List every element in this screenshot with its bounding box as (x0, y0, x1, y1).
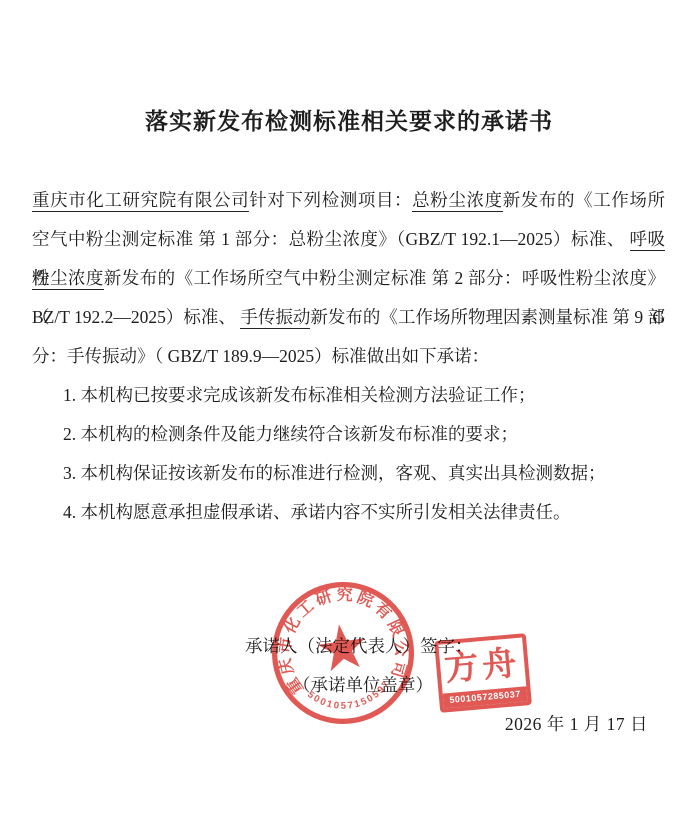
underlined-item-respirable-cont: 粉尘浓度 (32, 268, 104, 290)
underlined-company-name: 重庆市化工研究院有限公司 (32, 190, 249, 212)
paragraph-text: 空气中粉尘测定标准 第 1 部分：总粉尘浓度》（GBZ/T 192.1—2025… (32, 229, 630, 249)
paragraph-line-2: 空气中粉尘测定标准 第 1 部分：总粉尘浓度》（GBZ/T 192.1—2025… (32, 220, 665, 259)
underlined-item-hand-vibration: 手传振动 (240, 307, 310, 329)
star-icon (315, 621, 368, 672)
paragraph-text: 新发布的《工作场所物理因素测量标准 第 9 部 (310, 307, 665, 327)
paragraph-line-1: 重庆市化工研究院有限公司针对下列检测项目：总粉尘浓度新发布的《工作场所 (32, 181, 665, 220)
paragraph-text: 针对下列检测项目： (249, 190, 412, 210)
date-text: 2026 年 1 月 17 日 (505, 711, 648, 736)
name-seal-text: 方舟 (438, 637, 526, 693)
paragraph-line-4: BZ/T 192.2—2025）标准、 手传振动新发布的《工作场所物理因素测量标… (32, 298, 665, 337)
document-body: 重庆市化工研究院有限公司针对下列检测项目：总粉尘浓度新发布的《工作场所 空气中粉… (32, 181, 665, 532)
commitment-item-3: 3. 本机构保证按该新发布的标准进行检测，客观、真实出具检测数据； (32, 454, 665, 493)
paragraph-text: 新发布的《工作场所 (503, 190, 665, 210)
document-title: 落实新发布检测标准相关要求的承诺书 (0, 103, 698, 136)
commitment-letter-document: 落实新发布检测标准相关要求的承诺书 重庆市化工研究院有限公司针对下列检测项目：总… (0, 0, 698, 821)
paragraph-text: BZ/T 192.2—2025）标准、 (32, 307, 240, 327)
underlined-item-total-dust: 总粉尘浓度 (412, 190, 503, 212)
company-round-seal: 重庆市化工研究院有限公司 5001057150597 (266, 576, 420, 730)
name-seal: 方舟 5001057285037 (434, 633, 532, 713)
paragraph-line-5: 分：手传振动》（ GBZ/T 189.9—2025）标准做出如下承诺： (32, 337, 665, 376)
commitment-item-2: 2. 本机构的检测条件及能力继续符合该新发布标准的要求； (32, 415, 665, 454)
paragraph-line-3: 粉尘浓度新发布的《工作场所空气中粉尘测定标准 第 2 部分：呼吸性粉尘浓度》（G (32, 259, 665, 298)
commitment-item-1: 1. 本机构已按要求完成该新发布标准相关检测方法验证工作； (32, 376, 665, 415)
commitment-item-4: 4. 本机构愿意承担虚假承诺、承诺内容不实所引发相关法律责任。 (32, 493, 665, 532)
